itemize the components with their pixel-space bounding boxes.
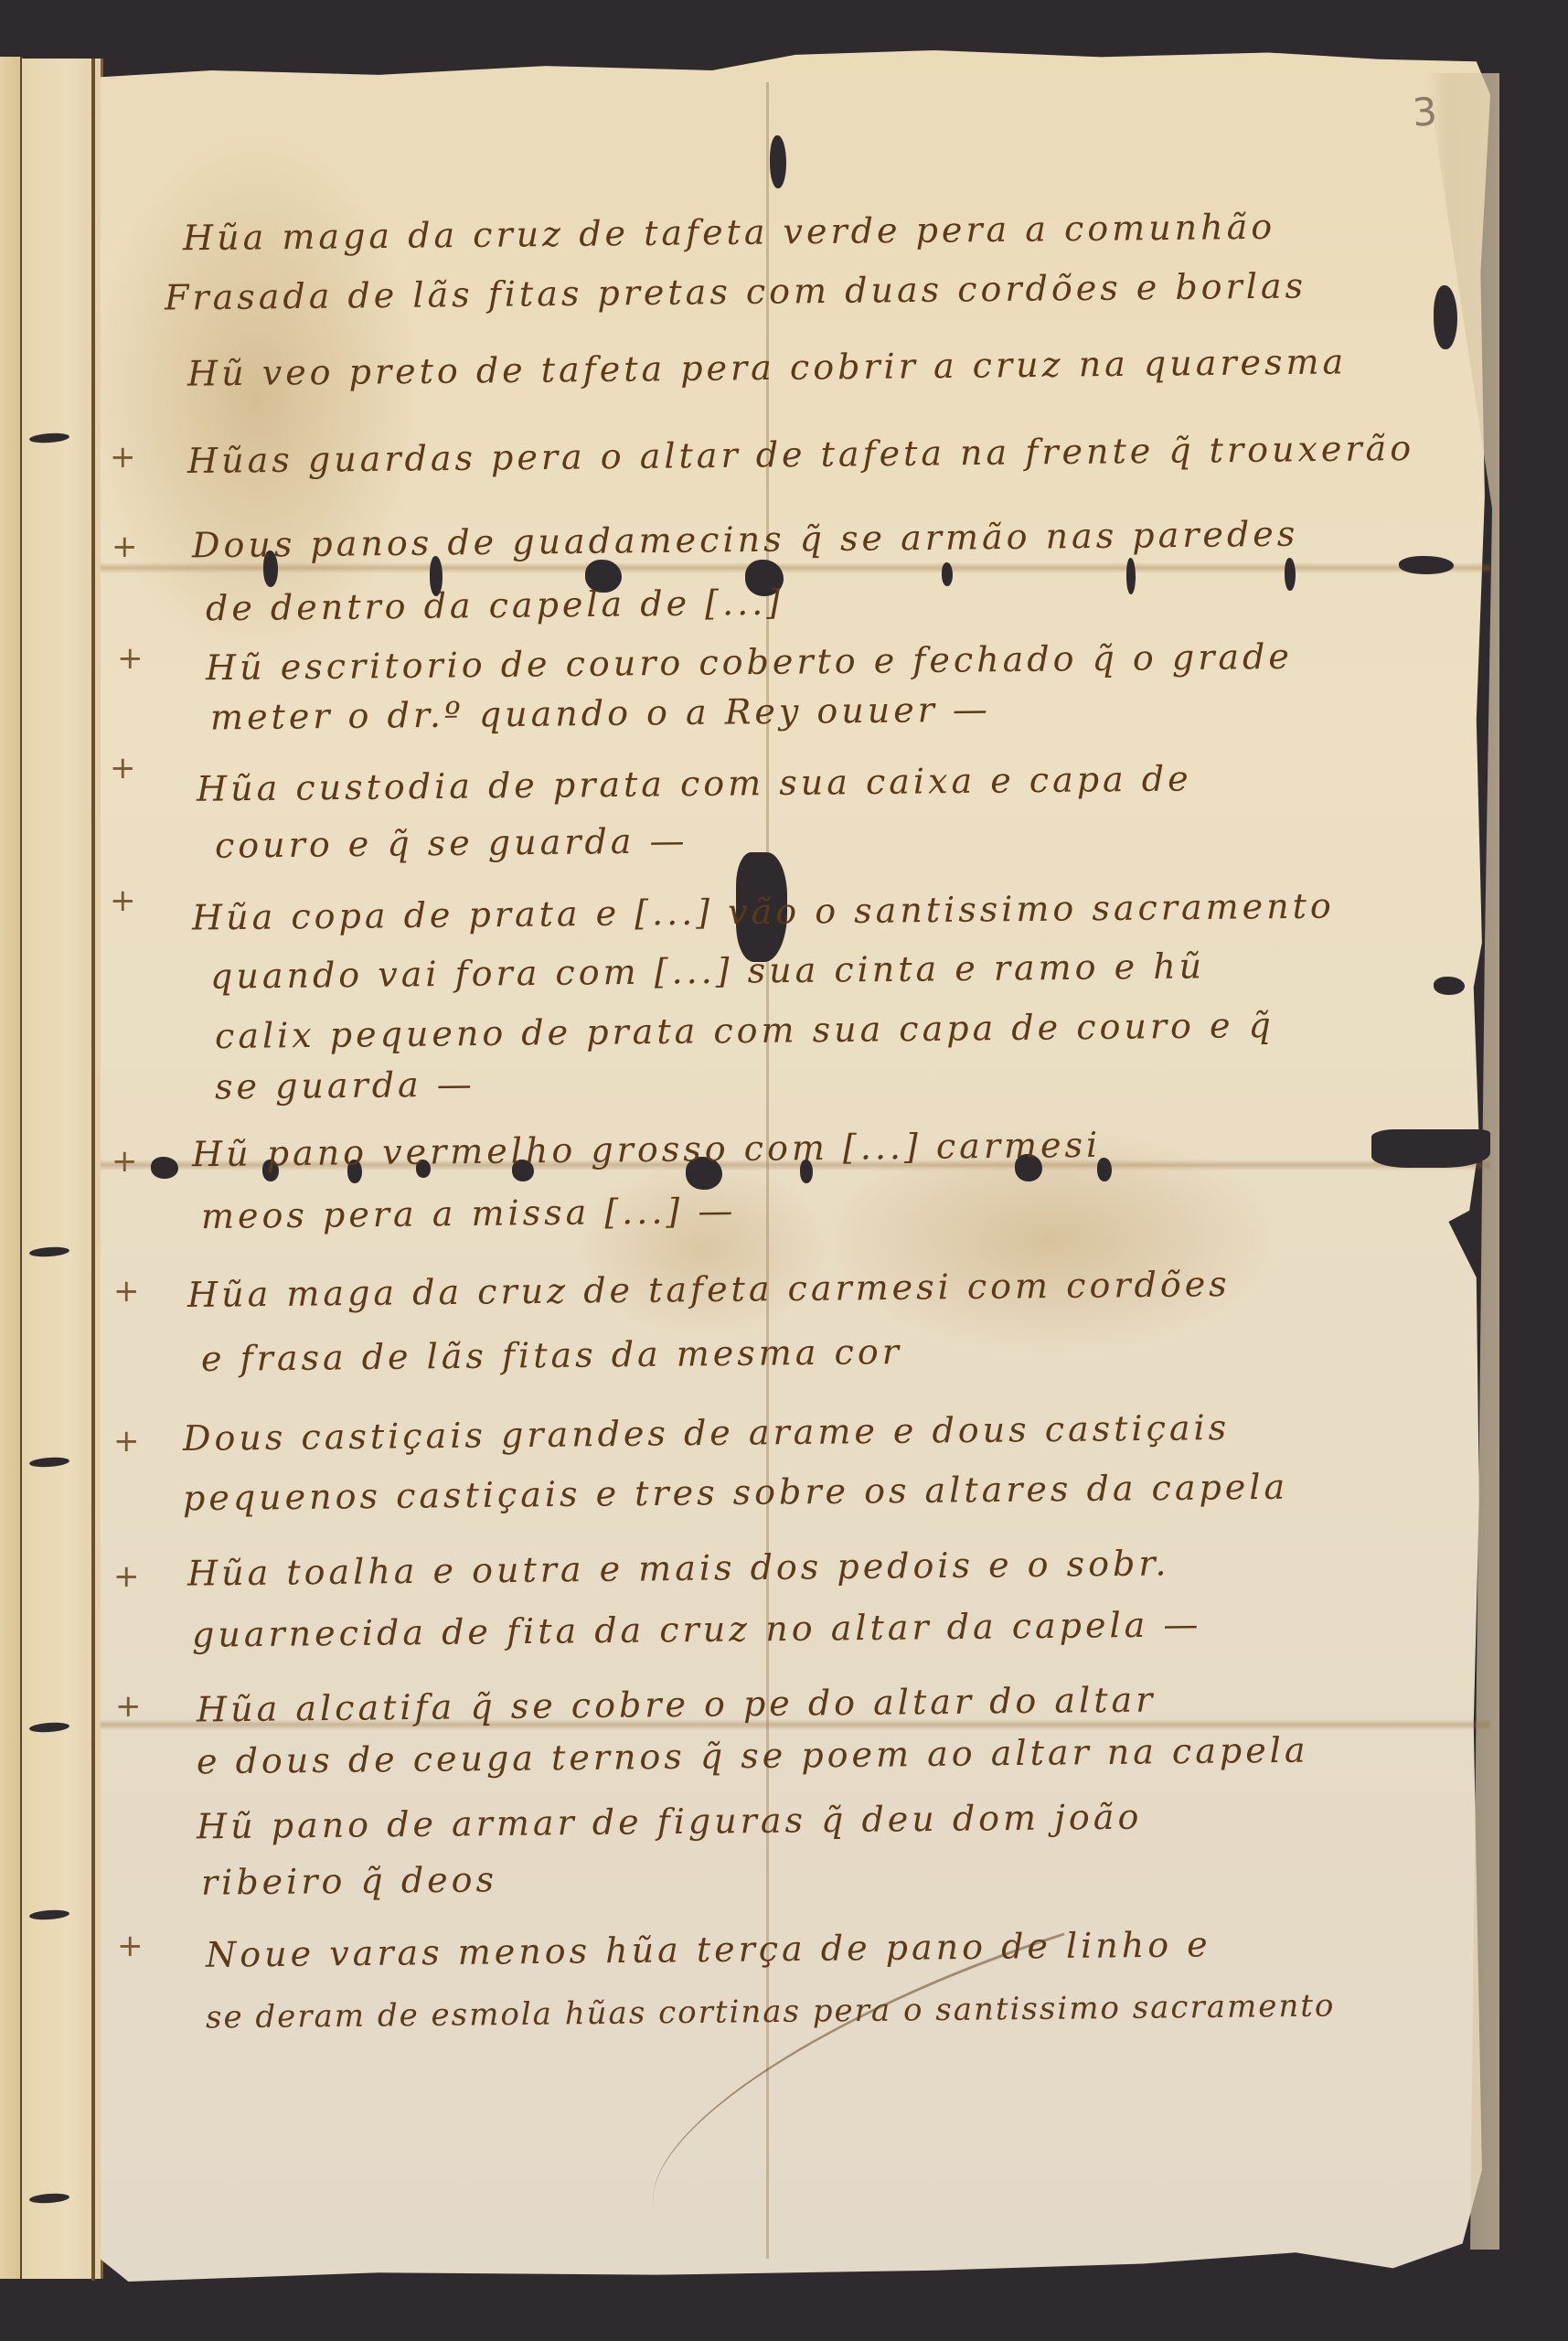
margin-cross-mark: +	[112, 529, 138, 565]
margin-cross-mark: +	[110, 882, 136, 919]
margin-cross-mark: +	[112, 1143, 138, 1180]
paper-hole	[1285, 558, 1296, 591]
paper-hole	[1399, 556, 1454, 574]
margin-cross-mark: +	[110, 439, 136, 476]
manuscript-line: meter o dr.º quando o a Rey ouuer —	[210, 689, 991, 738]
manuscript-line: se guarda —	[215, 1064, 475, 1107]
binding-stitch	[29, 2192, 70, 2204]
manuscript-line: meos pera a missa [...] —	[201, 1191, 737, 1236]
manuscript-line: ribeiro q̃ deos	[201, 1859, 497, 1902]
binding-stitch	[29, 1456, 70, 1468]
binding-stitch	[29, 1245, 70, 1257]
paper-hole	[942, 562, 953, 586]
paper-hole	[1434, 977, 1465, 995]
paper-tear	[1371, 1129, 1490, 1168]
margin-cross-mark: +	[110, 750, 136, 786]
previous-leaf-edge	[0, 57, 23, 2279]
binding-stitch	[29, 1908, 70, 1920]
paper-hole	[770, 135, 786, 188]
paper-hole	[1126, 558, 1136, 594]
margin-cross-mark: +	[113, 1423, 140, 1459]
manuscript-line: e frasa de lãs fitas da mesma cor	[201, 1331, 902, 1379]
margin-cross-mark: +	[115, 1688, 142, 1725]
manuscript-line: de dentro da capela de [...]	[206, 583, 784, 629]
paper-hole	[1434, 285, 1457, 349]
margin-cross-mark: +	[113, 1273, 140, 1309]
binding-stitch	[29, 1721, 70, 1733]
folio-number: 3	[1411, 89, 1438, 135]
gutter-edge	[91, 59, 95, 2281]
paper-hole	[151, 1157, 178, 1179]
binding-stitch	[29, 432, 70, 444]
margin-cross-mark: +	[117, 640, 144, 677]
margin-cross-mark: +	[117, 1928, 144, 1964]
manuscript-line: couro e q̃ se guarda —	[215, 820, 688, 865]
margin-cross-mark: +	[113, 1558, 140, 1595]
